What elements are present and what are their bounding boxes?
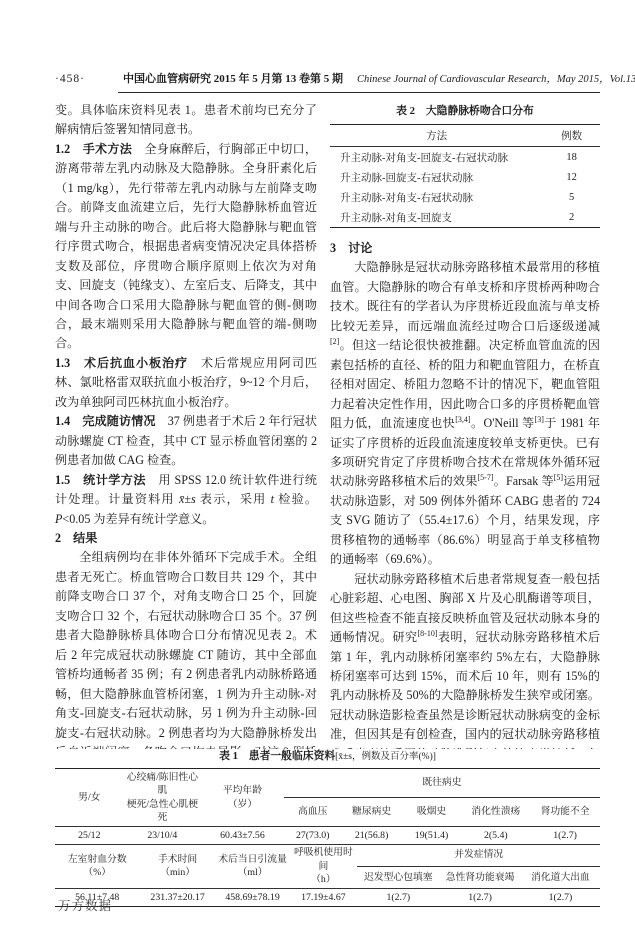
text-run: x̄±s [179,492,196,506]
table1-title-main: 表 1 患者一般临床资料 [219,750,335,762]
reference-superscript: [2] [330,337,339,346]
table2-cell-method: 升主动脉-对角支-右冠状动脉 [330,187,543,207]
table2-cell-method: 升主动脉-对角支-回旋支-右冠状动脉 [330,147,543,168]
table2-cell-method: 升主动脉-回旋支-右冠状动脉 [330,167,543,187]
text-run: <0.05 为差异有统计学意义。 [62,512,214,526]
table-cell: 27(73.0) [284,827,342,845]
header-cell: 高血压 [284,797,342,826]
table2-header-count: 例数 [543,125,600,147]
header-spanner: 并发症情况 [357,845,600,867]
header-cell: 肾功能不全 [530,797,600,826]
table2: 方法 例数 升主动脉-对角支-回旋支-右冠状动脉 18 升主动脉-回旋支-右冠状… [330,124,600,228]
paragraph: 1.2 手术方法 全身麻醉后，行胸部正中切口，游离带蒂左乳内动脉及大隐静脉。全身… [55,140,317,354]
section-heading: 2 结果 [55,529,317,548]
journal-titles: 中国心血管病研究 2015 年 5 月第 13 卷第 5 期 Chinese J… [115,70,635,86]
wanfang-watermark: 万方数据 [58,896,112,914]
table2-cell-count: 2 [543,207,600,227]
header-cell: 糖尿病史 [342,797,402,826]
inline-heading: 1.2 手术方法 [55,142,132,156]
reference-superscript: [5] [554,473,563,482]
table-cell: 21(56.8) [342,827,402,845]
right-column: 表 2 大隐静脉桥吻合口分布 方法 例数 升主动脉-对角支-回旋支-右冠状动脉 … [330,101,600,749]
table2-cell-count: 12 [543,167,600,187]
header-cell: 消化道大出血 [521,866,600,888]
header-cell: 术后当日引流量 （ml） [216,845,290,889]
table-cell: 231.37±20.17 [139,889,215,906]
journal-title-cn: 中国心血管病研究 2015 年 5 月第 13 卷第 5 期 [123,70,343,86]
header-cell: 手术时间 （min） [139,845,215,889]
paragraph: 1.5 统计学方法 用 SPSS 12.0 统计软件进行统计处理。计量资料用 x… [55,471,317,529]
table-row: 升主动脉-回旋支-右冠状动脉 12 [330,167,600,187]
paragraph: 1.3 术后抗血小板治疗 术后常规应用阿司匹林、氯吡格雷双联抗血小板治疗，9~1… [55,354,317,412]
text-run: 全身麻醉后，行胸部正中切口，游离带蒂左乳内动脉及大隐静脉。全身肝素化后（1 mg… [55,142,317,351]
paragraph: 大隐静脉是冠状动脉旁路移植术最常用的移植血管。大隐静脉的吻合有单支桥和序贯桥两种… [330,258,600,569]
reference-superscript: [3] [535,415,544,424]
table-cell: 1(2.7) [530,827,600,845]
table1: 男/女 心绞痛/陈旧性心肌 梗死/急性心肌梗死 平均年龄 （岁） 既往病史 高血… [55,768,600,907]
text-run: 变。具体临床资料见表 1。患者术前均已充分了解病情后签署知情同意书。 [55,103,317,136]
table2-cell-count: 5 [543,187,600,207]
reference-superscript: [5-7] [478,473,494,482]
table1-block: 表 1 患者一般临床资料[x̄±s，例数及百分率(%)] 男/女 心绞痛/陈旧性… [55,748,600,907]
table2-cell-method: 升主动脉-对角支-回旋支 [330,207,543,227]
inline-heading: 1.3 术后抗血小板治疗 [55,356,188,370]
table-cell: 19(51.4) [402,827,462,845]
text-run: 表明，冠状动脉旁路移植术后第 1 年，乳内动脉桥闭塞率约 5%左右，大隐静脉桥闭… [330,630,600,749]
table2-cell-count: 18 [543,147,600,168]
table-cell: 25/12 [55,827,124,845]
text-run: 。O'Neill 等 [471,416,535,430]
table-row: 25/12 23/10/4 60.43±7.56 27(73.0) 21(56.… [55,827,600,845]
header-cell: 男/女 [55,769,124,827]
table1-section1: 男/女 心绞痛/陈旧性心肌 梗死/急性心肌梗死 平均年龄 （岁） 既往病史 高血… [55,769,600,845]
header-cell: 消化性溃疡 [462,797,531,826]
table-row: 升主动脉-对角支-回旋支-右冠状动脉 18 [330,147,600,168]
table1-header-row: 左室射血分数 （%） 手术时间 （min） 术后当日引流量 （ml） 呼吸机使用… [55,845,600,867]
text-run: 检验。 [274,492,317,506]
paragraph: 变。具体临床资料见表 1。患者术前均已充分了解病情后签署知情同意书。 [55,101,317,140]
header-cell: 平均年龄 （岁） [201,769,284,827]
table-row: 56.11±7.48 231.37±20.17 458.69±78.19 17.… [55,889,600,906]
text-run: 全组病例均在非体外循环下完成手术。全组患者无死亡。桥血管吻合口数目共 129 个… [55,550,317,749]
table2-header-row: 方法 例数 [330,125,600,147]
header-cell: 心绞痛/陈旧性心肌 梗死/急性心肌梗死 [124,769,201,827]
page-number: ·458· [55,73,115,85]
two-column-body: 变。具体临床资料见表 1。患者术前均已充分了解病情后签署知情同意书。1.2 手术… [55,101,600,749]
journal-page: ·458· 中国心血管病研究 2015 年 5 月第 13 卷第 5 期 Chi… [0,0,635,932]
header-rule [118,92,600,93]
table-row: 升主动脉-对角支-回旋支 2 [330,207,600,227]
header-cell: 左室射血分数 （%） [55,845,139,889]
reference-superscript: [3,4] [455,415,470,424]
section-heading: 3 讨论 [330,239,600,258]
paragraph: 冠状动脉旁路移植术后患者常规复查一般包括心脏彩超、心电图、胸部 X 片及心肌酶谱… [330,570,600,749]
table-cell: 1(2.7) [357,889,439,906]
header-cell: 吸烟史 [402,797,462,826]
table-row: 升主动脉-对角支-右冠状动脉 5 [330,187,600,207]
text-run: 表示，采用 [196,492,271,506]
left-column: 变。具体临床资料见表 1。患者术前均已充分了解病情后签署知情同意书。1.2 手术… [55,101,317,749]
page-header: ·458· 中国心血管病研究 2015 年 5 月第 13 卷第 5 期 Chi… [55,70,600,86]
journal-title-en: Chinese Journal of Cardiovascular Resear… [357,71,635,86]
text-run: 。Farsak 等 [494,474,554,488]
table-cell: 458.69±78.19 [216,889,290,906]
inline-heading: 1.4 完成随访情况 [55,414,156,428]
text-run: 大隐静脉是冠状动脉旁路移植术最常用的移植血管。大隐静脉的吻合有单支桥和序贯桥两种… [330,260,600,332]
discussion-text: 3 讨论大隐静脉是冠状动脉旁路移植术最常用的移植血管。大隐静脉的吻合有单支桥和序… [330,239,600,749]
header-cell: 急性肾功能衰竭 [439,866,521,888]
header-cell: 迟发型心包填塞 [357,866,439,888]
header-cell: 呼吸机使用时间 （h） [289,845,357,889]
table-cell: 1(2.7) [439,889,521,906]
table2-title: 表 2 大隐静脉桥吻合口分布 [330,103,600,118]
table1-section2: 左室射血分数 （%） 手术时间 （min） 术后当日引流量 （ml） 呼吸机使用… [55,845,600,906]
table1-header-row: 男/女 心绞痛/陈旧性心肌 梗死/急性心肌梗死 平均年龄 （岁） 既往病史 [55,769,600,797]
table1-title-note: [x̄±s，例数及百分率(%)] [335,752,436,762]
table1-title: 表 1 患者一般临床资料[x̄±s，例数及百分率(%)] [55,748,600,763]
paragraph: 1.4 完成随访情况 37 例患者于术后 2 年行冠状动脉螺旋 CT 检查，其中… [55,412,317,470]
paragraph: 全组病例均在非体外循环下完成手术。全组患者无死亡。桥血管吻合口数目共 129 个… [55,548,317,749]
inline-heading: 3 讨论 [330,241,372,255]
reference-superscript: [8-10] [418,629,438,638]
inline-heading: 2 结果 [55,531,97,545]
header-spanner: 既往病史 [284,769,600,797]
table-cell: 60.43±7.56 [201,827,284,845]
table-cell: 23/10/4 [124,827,201,845]
table-cell: 17.19±4.67 [289,889,357,906]
inline-heading: 1.5 统计学方法 [55,473,146,487]
table-cell: 2(5.4) [462,827,531,845]
table2-header-method: 方法 [330,125,543,147]
table-cell: 1(2.7) [521,889,600,906]
